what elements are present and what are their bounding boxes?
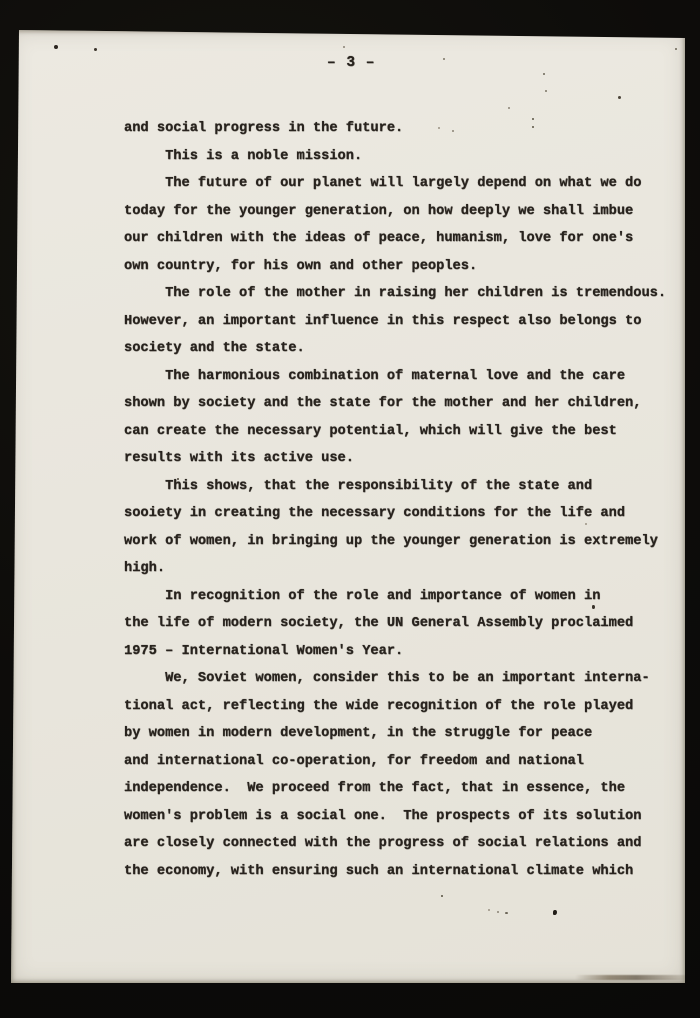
text-line: are closely connected with the progress … (124, 830, 680, 858)
text-line: our children with the ideas of peace, hu… (124, 225, 680, 253)
text-line: own country, for his own and other peopl… (124, 253, 680, 281)
text-line: The future of our planet will largely de… (124, 170, 680, 198)
text-line: sooiety in creating the necessary condit… (124, 500, 680, 528)
document-body: and social progress in the future. This … (124, 115, 680, 885)
scanner-background: – 3 – and social progress in the future.… (0, 0, 700, 1018)
text-line: This shows, that the responsibility of t… (124, 473, 680, 501)
text-line: In recognition of the role and importanc… (124, 583, 680, 611)
page-number: – 3 – (327, 55, 376, 71)
scan-speck (675, 48, 677, 50)
text-line: the life of modern society, the UN Gener… (124, 610, 680, 638)
text-line: work of women, in bringing up the younge… (124, 528, 680, 556)
scan-speck (438, 127, 440, 129)
scan-speck (592, 605, 595, 609)
scan-speck (543, 73, 545, 75)
text-line: by women in modern development, in the s… (124, 720, 680, 748)
text-line: tional act, reflecting the wide recognit… (124, 693, 680, 721)
scan-speck (585, 523, 587, 525)
document-page: – 3 – and social progress in the future.… (11, 30, 685, 983)
scan-speck (532, 126, 534, 128)
scan-speck (545, 90, 547, 92)
scan-speck (488, 909, 490, 911)
text-line: can create the necessary potential, whic… (124, 418, 680, 446)
text-line: high. (124, 555, 680, 583)
text-line: shown by society and the state for the m… (124, 390, 680, 418)
scan-speck (94, 48, 97, 51)
text-line: and international co-operation, for free… (124, 748, 680, 776)
text-line: However, an important influence in this … (124, 308, 680, 336)
text-line: The harmonious combination of maternal l… (124, 363, 680, 391)
scan-speck (441, 895, 443, 897)
text-line: We, Soviet women, consider this to be an… (124, 665, 680, 693)
text-line: women's problem is a social one. The pro… (124, 803, 680, 831)
text-line: independence. We proceed from the fact, … (124, 775, 680, 803)
scan-speck (505, 912, 508, 914)
scan-speck (508, 107, 510, 109)
text-line: This is a noble mission. (124, 143, 680, 171)
text-line: and social progress in the future. (124, 115, 680, 143)
scan-speck (54, 45, 58, 49)
scan-speck (532, 118, 534, 120)
text-line: The role of the mother in raising her ch… (124, 280, 680, 308)
scan-speck (553, 910, 557, 915)
scan-speck (343, 46, 345, 48)
scan-speck (452, 130, 454, 132)
text-line: society and the state. (124, 335, 680, 363)
scan-speck (618, 96, 621, 99)
scan-speck (497, 911, 499, 913)
text-line: the economy, with ensuring such an inter… (124, 858, 680, 886)
text-line: results with its active use. (124, 445, 680, 473)
scan-smudge (575, 975, 687, 980)
scan-speck (177, 478, 179, 480)
scan-speck (443, 58, 445, 60)
text-line: 1975 – International Women's Year. (124, 638, 680, 666)
text-line: today for the younger generation, on how… (124, 198, 680, 226)
